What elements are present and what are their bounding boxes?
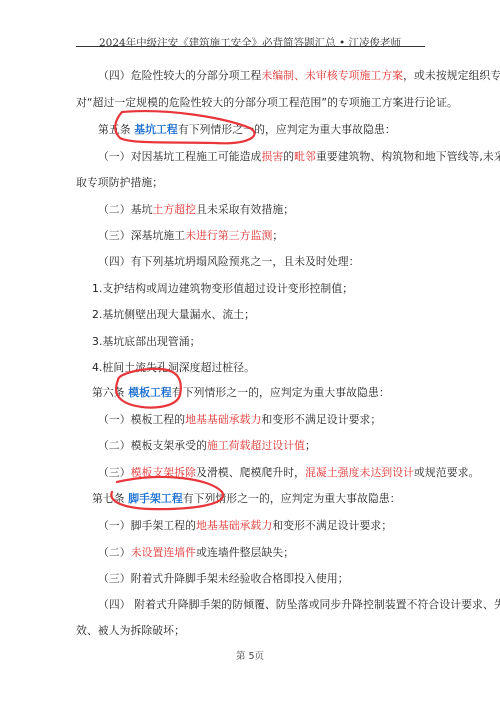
highlight-blue-term: 脚手架工程: [128, 492, 182, 505]
paragraph-line: （四）危险性较大的分部分项工程未编制、未审核专项施工方案，或未按规定组织专家: [98, 68, 500, 83]
highlight-red-text: 毗邻: [294, 150, 316, 163]
text-segment: 或规范要求。: [414, 466, 479, 479]
highlight-red-text: 施工荷载超过设计值: [207, 439, 305, 452]
paragraph-line: 4.桩间土流失孔洞深度超过桩径。: [92, 360, 255, 375]
paragraph-line: 第五条 基坑工程有下列情形之一的，应判定为重大事故隐患：: [98, 122, 396, 137]
text-segment: ；: [305, 439, 316, 452]
text-segment: （三）深基坑施工: [98, 229, 185, 242]
paragraph-line: 第六条 模板工程有下列情形之一的，应判定为重大事故隐患：: [92, 385, 390, 400]
highlight-red-text: 未进行第三方监测: [185, 229, 272, 242]
page-header-title: 2024年中级注安《建筑施工安全》必背简答题汇总 • 江凌俊老师: [0, 35, 500, 50]
text-segment: 和变形不满足设计要求；: [261, 413, 381, 426]
text-segment: 重要建筑物、构筑物和地下管线等,未采: [316, 150, 500, 163]
text-segment: （二）基坑: [98, 203, 152, 216]
text-segment: 第七条: [92, 492, 128, 505]
text-segment: 的: [283, 150, 294, 163]
text-segment: 及滑模、爬模爬升时，: [196, 466, 305, 479]
paragraph-line: 取专项防护措施；: [76, 175, 163, 190]
highlight-red-text: 混凝土强度未达到设计: [305, 466, 414, 479]
text-segment: ，或未按规定组织专家: [403, 69, 500, 82]
text-segment: 对“超过一定规模的危险性较大的分部分项工程范围”的专项施工方案进行论证。: [76, 96, 458, 109]
paragraph-line: （一）脚手架工程的地基基础承载力和变形不满足设计要求；: [98, 518, 392, 533]
text-segment: （四）危险性较大的分部分项工程: [98, 69, 261, 82]
highlight-red-text: 土方超挖: [152, 203, 196, 216]
highlight-red-text: 地基基础承载力: [196, 519, 272, 532]
text-segment: 3.基坑底部出现管涌；: [92, 335, 201, 348]
text-segment: 第六条: [92, 386, 128, 399]
highlight-red-text: 损害: [261, 150, 283, 163]
highlight-red-text: 地基基础承载力: [185, 413, 261, 426]
page-number: 第 5页: [0, 648, 500, 662]
text-segment: 或连墙件整层缺失；: [196, 546, 294, 559]
text-segment: （二）: [98, 546, 131, 559]
paragraph-line: （三）模板支架拆除及滑模、爬模爬升时，混凝土强度未达到设计或规范要求。: [98, 465, 479, 480]
highlight-red-text: 模板支架拆除: [131, 466, 196, 479]
text-segment: 有下列情形之一的，应判定为重大事故隐患：: [178, 123, 396, 136]
paragraph-line: 2.基坑侧壁出现大量漏水、流土；: [92, 307, 255, 322]
text-segment: 效、被人为拆除破坏；: [76, 624, 185, 637]
paragraph-line: （二）模板支架承受的施工荷载超过设计值；: [98, 438, 316, 453]
text-segment: 取专项防护措施；: [76, 176, 163, 189]
highlight-blue-term: 基坑工程: [134, 123, 178, 136]
text-segment: （一）脚手架工程的: [98, 519, 196, 532]
text-segment: （二）模板支架承受的: [98, 439, 207, 452]
text-segment: 第五条: [98, 123, 134, 136]
paragraph-line: （一）模板工程的地基基础承载力和变形不满足设计要求；: [98, 412, 381, 427]
paragraph-line: 第七条 脚手架工程有下列情形之一的，应判定为重大事故隐患：: [92, 491, 401, 506]
text-segment: 和变形不满足设计要求；: [272, 519, 392, 532]
paragraph-line: （二）未设置连墙件或连墙件整层缺失；: [98, 545, 294, 560]
text-segment: 有下列情形之一的，应判定为重大事故隐患：: [172, 386, 390, 399]
text-segment: ；: [272, 229, 283, 242]
text-segment: （一）对因基坑工程施工可能造成: [98, 150, 261, 163]
highlight-red-text: 未编制、未审核专项施工方案: [261, 69, 403, 82]
paragraph-line: （四） 附着式升降脚手架的防倾覆、防坠落或同步升降控制装置不符合设计要求、失: [98, 597, 500, 612]
paragraph-line: 3.基坑底部出现管涌；: [92, 334, 201, 349]
text-segment: 且未采取有效措施；: [196, 203, 294, 216]
text-segment: 1.支护结构或周边建筑物变形值超过设计变形控制值；: [92, 282, 353, 295]
paragraph-line: （三）附着式升降脚手架未经验收合格即投入使用；: [98, 571, 349, 586]
text-segment: （四） 附着式升降脚手架的防倾覆、防坠落或同步升降控制装置不符合设计要求、失: [98, 598, 500, 611]
text-segment: 4.桩间土流失孔洞深度超过桩径。: [92, 361, 255, 374]
paragraph-line: （四）有下列基坑坍塌风险预兆之一，且未及时处理：: [98, 254, 360, 269]
paragraph-line: （一）对因基坑工程施工可能造成损害的毗邻重要建筑物、构筑物和地下管线等,未采: [98, 149, 500, 164]
header-divider: [76, 46, 425, 47]
text-segment: （三）: [98, 466, 131, 479]
paragraph-line: 对“超过一定规模的危险性较大的分部分项工程范围”的专项施工方案进行论证。: [76, 95, 458, 110]
highlight-blue-term: 模板工程: [128, 386, 172, 399]
text-segment: 有下列情形之一的，应判定为重大事故隐患：: [183, 492, 401, 505]
text-segment: （四）有下列基坑坍塌风险预兆之一，且未及时处理：: [98, 255, 360, 268]
paragraph-line: （三）深基坑施工未进行第三方监测；: [98, 228, 283, 243]
text-segment: 2.基坑侧壁出现大量漏水、流土；: [92, 308, 255, 321]
paragraph-line: 效、被人为拆除破坏；: [76, 623, 185, 638]
text-segment: （三）附着式升降脚手架未经验收合格即投入使用；: [98, 572, 349, 585]
highlight-red-text: 未设置连墙件: [131, 546, 196, 559]
text-segment: （一）模板工程的: [98, 413, 185, 426]
paragraph-line: 1.支护结构或周边建筑物变形值超过设计变形控制值；: [92, 281, 353, 296]
paragraph-line: （二）基坑土方超挖且未采取有效措施；: [98, 202, 294, 217]
